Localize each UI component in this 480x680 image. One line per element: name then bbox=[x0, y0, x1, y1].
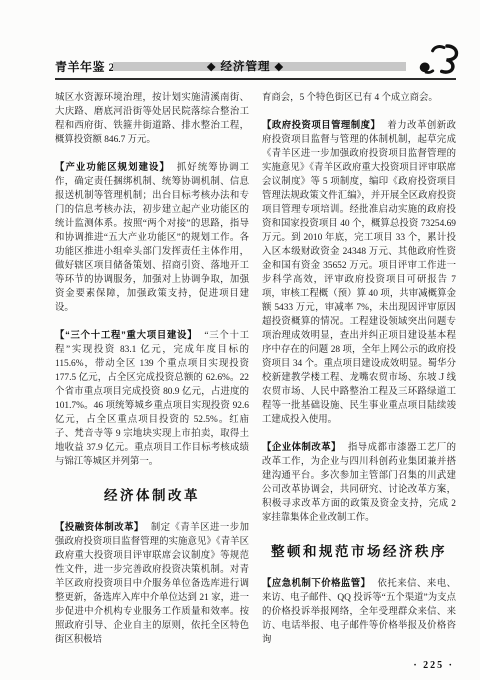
entry-investment-financing-reform: 【投融资体制改革】制定《青羊区进一步加强政府投资项目监督管理的实施意见》《青羊区… bbox=[55, 520, 249, 647]
section-heading-economic-reform: 经济体制改革 bbox=[55, 484, 249, 504]
entry-title: 【政府投资项目管理制度】 bbox=[262, 119, 387, 130]
entry-text: 着力改革创新政府投资项目监督与管理的体制机制，起草完成《青羊区进一步加强政府投资… bbox=[262, 121, 456, 425]
page-header: 青羊年鉴 2011 ◆ 经济管理 ◆ bbox=[55, 53, 456, 80]
text-columns: 城区水资源环境治理，按计划实施清溪南街、大庆路、磨底河沿街等处居民院落综合整治工… bbox=[55, 91, 456, 671]
header-section-label: ◆ 经济管理 ◆ bbox=[95, 58, 396, 74]
entry-text: 制定《青羊区进一步加强政府投资项目监督管理的实施意见》《青羊区政府重大投资项目评… bbox=[55, 523, 249, 645]
entry-text: “三个十工程”实现投资 83.1 亿元，完成年度目标的 115.6%，带动全区 … bbox=[55, 331, 249, 467]
entry-title: 【企业体制改革】 bbox=[262, 441, 348, 452]
entry-text: 抓好统筹协调工作，确定责任捆绑机制、统筹协调机制、信息报送机制等管理机制；出台目… bbox=[55, 163, 249, 313]
entry-text: 依托来信、来电、来访、电子邮件、QQ 投诉等“五个渠道”为支点的价格投诉举报网络… bbox=[262, 579, 456, 645]
text-column-right: 育商会，5 个特色街区已有 4 个成立商会。 【政府投资项目管理制度】着力改革创… bbox=[262, 91, 456, 671]
page-curl-ornament-icon bbox=[416, 42, 460, 78]
entry-title: 【“三个十工程”重大项目建设】 bbox=[55, 329, 204, 340]
section-heading-market-order: 整顿和规范市场经济秩序 bbox=[262, 540, 456, 560]
entry-title: 【产业功能区规划建设】 bbox=[55, 161, 177, 172]
page-number: · 225 · bbox=[262, 660, 456, 671]
paragraph-continuation: 城区水资源环境治理，按计划实施清溪南街、大庆路、磨底河沿街等处居民院落综合整治工… bbox=[55, 91, 249, 147]
entry-emergency-price-supervision: 【应急机制下价格监管】依托来信、来电、来访、电子邮件、QQ 投诉等“五个渠道”为… bbox=[262, 576, 456, 647]
paragraph-continuation: 育商会，5 个特色街区已有 4 个成立商会。 bbox=[262, 91, 456, 105]
text-column-left: 城区水资源环境治理，按计划实施清溪南街、大庆路、磨底河沿街等处居民院落综合整治工… bbox=[55, 91, 249, 671]
yearbook-page: 青羊年鉴 2011 ◆ 经济管理 ◆ 城区水资源环境治理，按计划实施清溪南街、大… bbox=[0, 0, 480, 680]
entry-gov-investment-management: 【政府投资项目管理制度】着力改革创新政府投资项目监督与管理的体制机制，起草完成《… bbox=[262, 118, 456, 427]
entry-title: 【应急机制下价格监管】 bbox=[262, 577, 378, 588]
entry-industry-zones: 【产业功能区规划建设】抓好统筹协调工作，确定责任捆绑机制、统筹协调机制、信息报送… bbox=[55, 160, 249, 315]
entry-enterprise-reform: 【企业体制改革】指导成都市漆器工艺厂的改革工作，为企业与四川科创药业集团兼并搭建… bbox=[262, 440, 456, 525]
entry-three-ten-projects: 【“三个十工程”重大项目建设】“三个十工程”实现投资 83.1 亿元，完成年度目… bbox=[55, 328, 249, 469]
entry-title: 【投融资体制改革】 bbox=[55, 521, 151, 532]
entry-text: 指导成都市漆器工艺厂的改革工作，为企业与四川科创药业集团兼并搭建沟通平台。多次参… bbox=[262, 443, 456, 523]
